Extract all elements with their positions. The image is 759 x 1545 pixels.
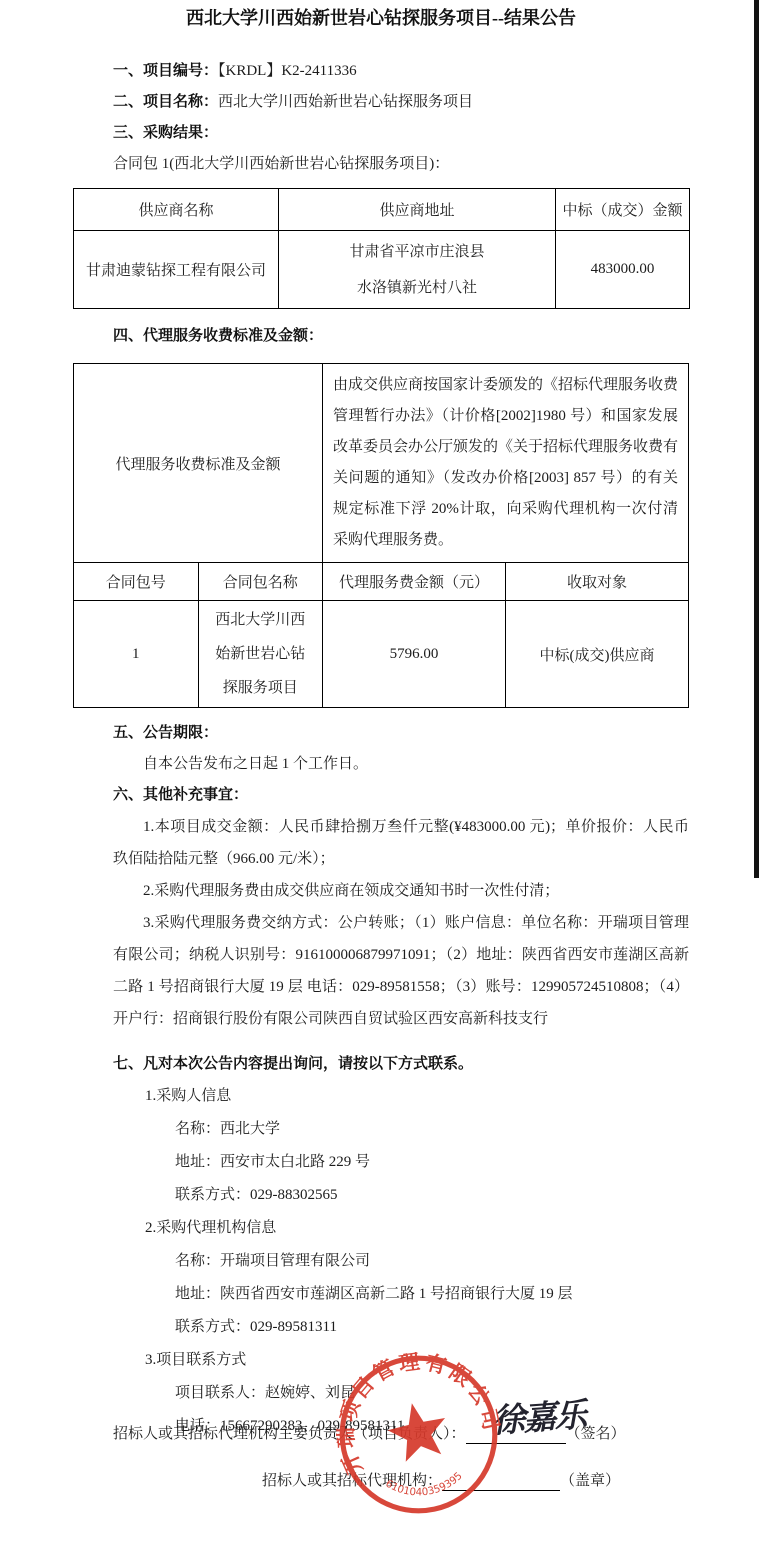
section-procurement-result: 三、采购结果： (113, 118, 689, 149)
section-contact: 七、凡对本次公告内容提出询问，请按以下方式联系。 (113, 1049, 689, 1080)
agency-fee-standard-row: 代理服务收费标准及金额 由成交供应商按国家计委颁发的《招标代理服务收费管理暂行办… (74, 364, 689, 563)
project-name-label: 二、项目名称： (113, 94, 218, 110)
supplier-address-line1: 甘肃省平凉市庄浪县 (285, 234, 549, 270)
package-name-cell: 西北大学川西始新世岩心钻探服务项目 (198, 601, 323, 708)
project-number-label: 一、项目编号： (113, 63, 218, 79)
seal-line-label: 招标人或其招标代理机构： (262, 1473, 442, 1489)
section-supplement: 六、其他补充事宜： (113, 780, 689, 811)
signature-line-label: 招标人或其招标代理机构主要负责人（项目负责人）： (113, 1426, 466, 1442)
result-table-row: 甘肃迪蒙钻探工程有限公司 甘肃省平凉市庄浪县 水洛镇新光村八社 483000.0… (74, 231, 690, 309)
supplier-address-line2: 水洛镇新光村八社 (285, 270, 549, 306)
col-package-no: 合同包号 (74, 563, 199, 601)
project-contact-heading: 3.项目联系方式 (145, 1344, 689, 1377)
agency-fee-label: 四、代理服务收费标准及金额： (113, 328, 323, 344)
payer-cell: 中标(成交)供应商 (506, 601, 689, 708)
section-announcement-period: 五、公告期限： (113, 718, 689, 749)
agency-fee-header-row: 合同包号 合同包名称 代理服务费金额（元） 收取对象 (74, 563, 689, 601)
announcement-document: 西北大学川西始新世岩心钻探服务项目--结果公告 一、项目编号：【KRDL】K2-… (0, 0, 759, 1545)
procurement-result-label: 三、采购结果： (113, 125, 218, 141)
seal-suffix: （盖章） (560, 1473, 620, 1489)
agency-phone: 联系方式：029-89581311 (175, 1311, 689, 1344)
fee-standard-text-cell: 由成交供应商按国家计委颁发的《招标代理服务收费管理暂行办法》（计价格[2002]… (323, 364, 689, 563)
buyer-phone: 联系方式：029-88302565 (175, 1179, 689, 1212)
supplement-item-1: 1.本项目成交金额：人民币肆拾捌万叁仟元整(¥483000.00 元)；单价报价… (113, 811, 689, 875)
col-supplier-name: 供应商名称 (74, 189, 279, 231)
agency-name: 名称：开瑞项目管理有限公司 (175, 1245, 689, 1278)
handwritten-signature: 徐嘉乐 (490, 1389, 586, 1442)
buyer-name: 名称：西北大学 (175, 1113, 689, 1146)
supplier-name-cell: 甘肃迪蒙钻探工程有限公司 (74, 231, 279, 309)
section-agency-fee: 四、代理服务收费标准及金额： (113, 321, 689, 352)
result-table-header-row: 供应商名称 供应商地址 中标（成交）金额 (74, 189, 690, 231)
col-supplier-address: 供应商地址 (279, 189, 556, 231)
agency-info-heading: 2.采购代理机构信息 (145, 1212, 689, 1245)
page-title: 西北大学川西始新世岩心钻探服务项目--结果公告 (73, 6, 689, 30)
agency-fee-data-row: 1 西北大学川西始新世岩心钻探服务项目 5796.00 中标(成交)供应商 (74, 601, 689, 708)
contract-package-line: 合同包 1(西北大学川西始新世岩心钻探服务项目)： (113, 149, 689, 180)
agency-address: 地址：陕西省西安市莲湖区高新二路 1 号招商银行大厦 19 层 (175, 1278, 689, 1311)
seal-line (442, 1472, 560, 1491)
buyer-info-heading: 1.采购人信息 (145, 1080, 689, 1113)
col-package-name: 合同包名称 (198, 563, 323, 601)
col-award-amount: 中标（成交）金额 (556, 189, 690, 231)
supplement-label: 六、其他补充事宜： (113, 787, 248, 803)
award-amount-cell: 483000.00 (556, 231, 690, 309)
scrollbar-thumb[interactable] (754, 0, 759, 878)
section-project-number: 一、项目编号：【KRDL】K2-2411336 (113, 56, 689, 87)
project-number-value: 【KRDL】K2-2411336 (218, 63, 357, 79)
seal-line-row: 招标人或其招标代理机构：（盖章） (262, 1471, 620, 1491)
result-table: 供应商名称 供应商地址 中标（成交）金额 甘肃迪蒙钻探工程有限公司 甘肃省平凉市… (73, 188, 690, 309)
fee-amount-cell: 5796.00 (323, 601, 506, 708)
agency-fee-table: 代理服务收费标准及金额 由成交供应商按国家计委颁发的《招标代理服务收费管理暂行办… (73, 363, 689, 708)
supplement-item-2: 2.采购代理服务费由成交供应商在领成交通知书时一次性付清； (113, 875, 689, 907)
announcement-period-label: 五、公告期限： (113, 725, 218, 741)
fee-standard-label-cell: 代理服务收费标准及金额 (74, 364, 323, 563)
project-name-value: 西北大学川西始新世岩心钻探服务项目 (218, 94, 473, 110)
document-body: 西北大学川西始新世岩心钻探服务项目--结果公告 一、项目编号：【KRDL】K2-… (73, 6, 689, 1443)
section-project-name: 二、项目名称：西北大学川西始新世岩心钻探服务项目 (113, 87, 689, 118)
buyer-address: 地址：西安市太白北路 229 号 (175, 1146, 689, 1179)
supplier-address-cell: 甘肃省平凉市庄浪县 水洛镇新光村八社 (279, 231, 556, 309)
col-fee-amount: 代理服务费金额（元） (323, 563, 506, 601)
supplement-item-3: 3.采购代理服务费交纳方式：公户转账；（1）账户信息：单位名称：开瑞项目管理有限… (113, 907, 689, 1035)
announcement-period-text: 自本公告发布之日起 1 个工作日。 (113, 749, 689, 780)
package-no-cell: 1 (74, 601, 199, 708)
project-contact-persons: 项目联系人：赵婉婷、刘昆 (175, 1377, 689, 1410)
col-payer: 收取对象 (506, 563, 689, 601)
